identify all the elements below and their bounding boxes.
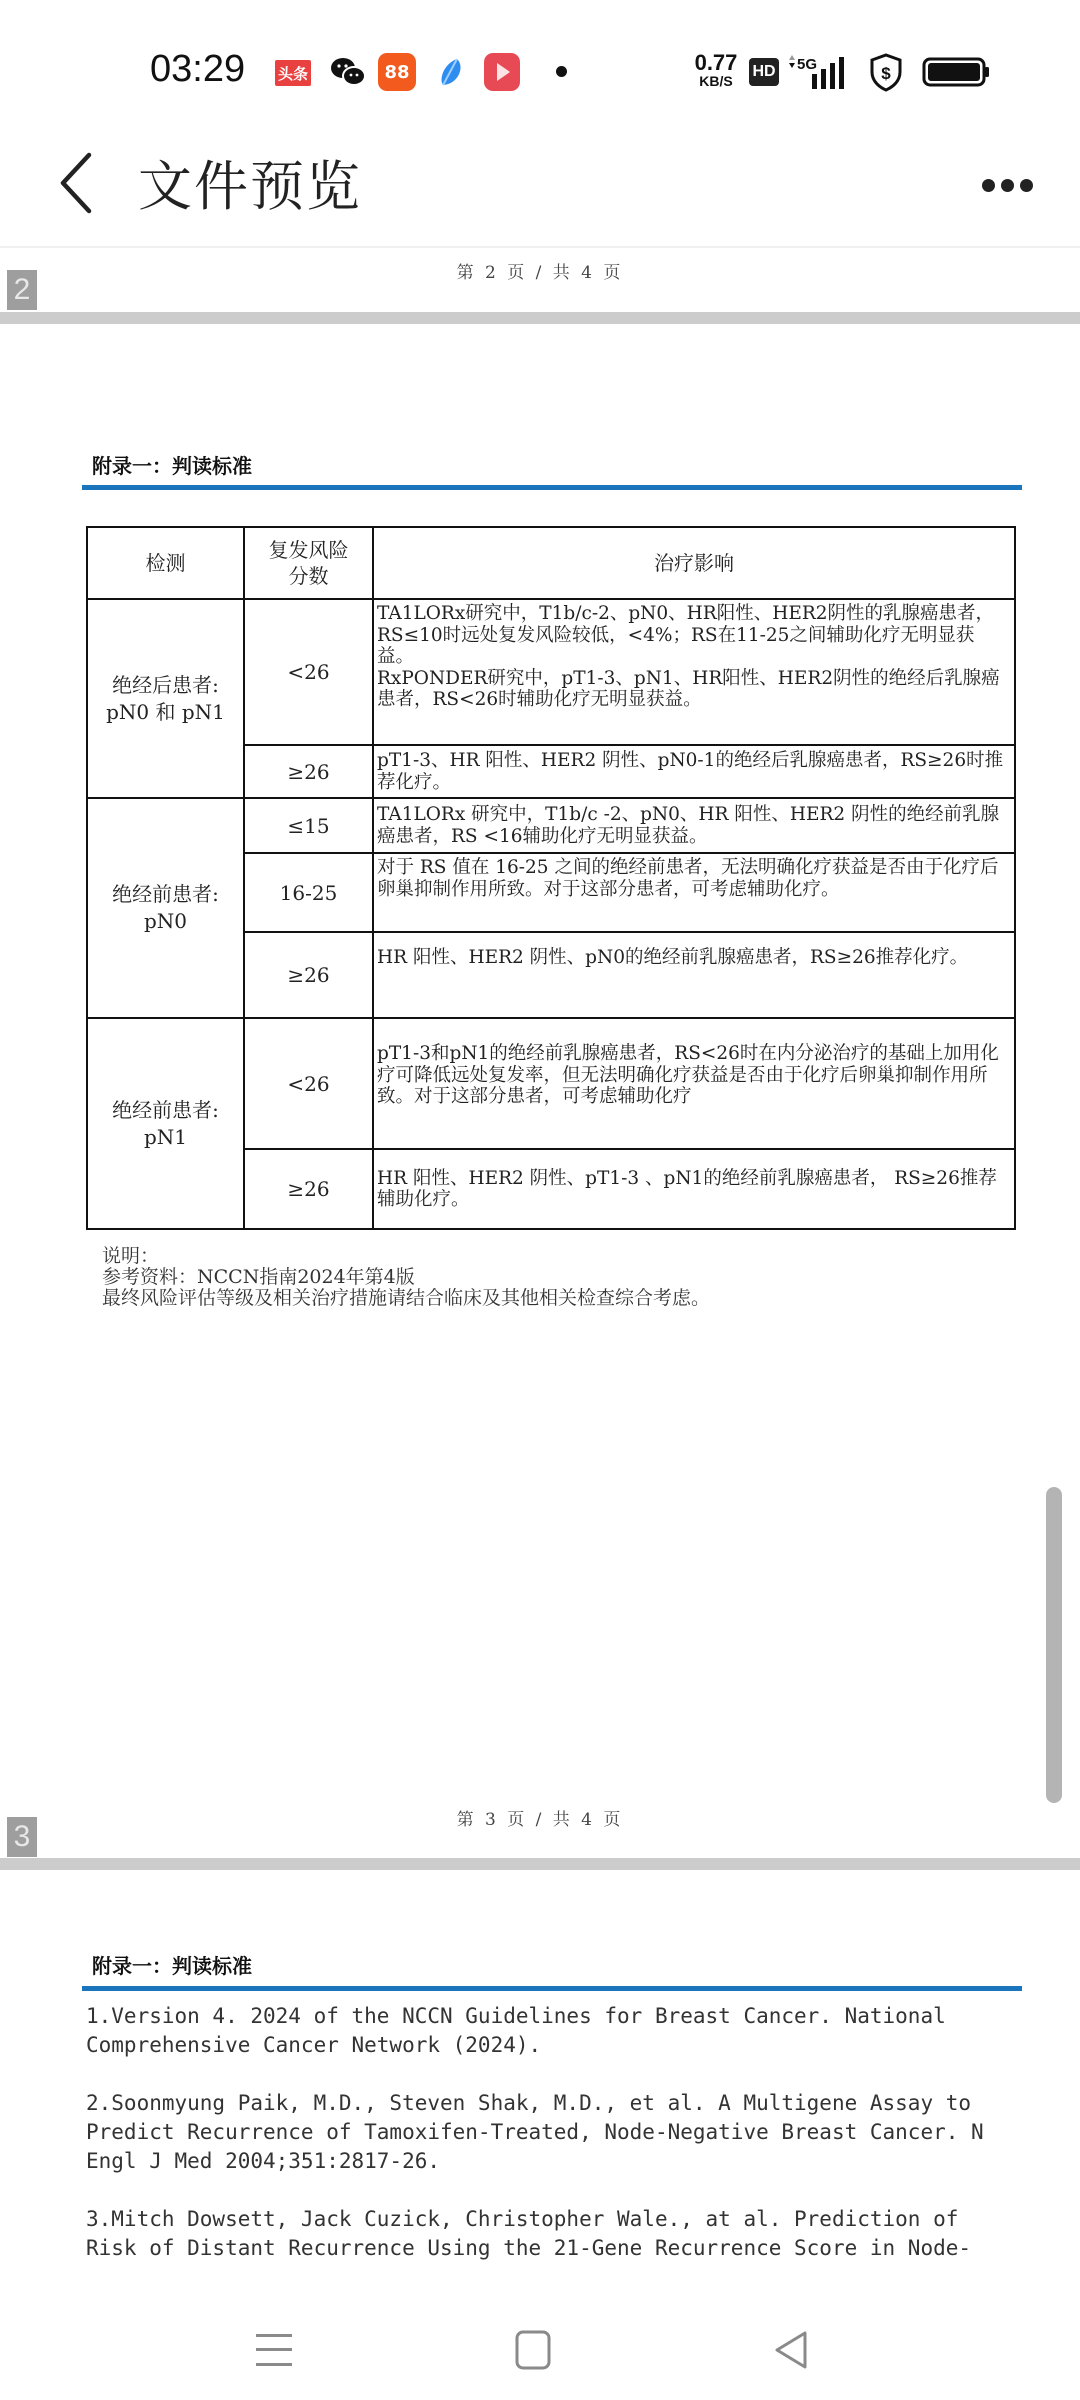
page-title: 文件预览 [138, 144, 362, 221]
score-cell: <26 [244, 599, 373, 745]
toutiao-notification-icon: 头条 [275, 60, 311, 86]
group-cell: 绝经前患者: pN1 [87, 1018, 244, 1229]
reference-item: 1.Version 4. 2024 of the NCCN Guidelines… [86, 2002, 1016, 2060]
hd-voice-icon: HD [749, 58, 779, 86]
section-heading: 附录一：判读标准 [92, 1950, 252, 1979]
more-options-button[interactable] [972, 160, 1042, 210]
net-speed-value: 0.77 [690, 52, 742, 74]
effect-cell: TA1LORx 研究中，T1b/c -2、pN0、HR 阳性、HER2 阴性的绝… [373, 798, 1015, 853]
app-88-notification-icon: 88 [378, 53, 416, 91]
notes-label: 说明： [102, 1246, 710, 1267]
notes-disclaimer: 最终风险评估等级及相关治疗措施请结合临床及其他相关检查综合考虑。 [102, 1288, 710, 1309]
score-cell: ≥26 [244, 932, 373, 1018]
net-speed-unit: KB/S [690, 74, 742, 88]
page-number-badge: 2 [7, 270, 37, 310]
table-row: 绝经前患者: pN1 <26 pT1-3和pN1的绝经前乳腺癌患者，RS<26时… [87, 1018, 1015, 1149]
group-cell: 绝经后患者: pN0 和 pN1 [87, 599, 244, 798]
effect-text: RxPONDER研究中，pT1-3、pN1、HR阳性、HER2阴性的绝经后乳腺癌… [377, 668, 1010, 711]
group-sublabel: pN1 [88, 1124, 243, 1151]
security-shield-icon: $ [866, 52, 906, 92]
system-back-button[interactable] [751, 2310, 831, 2390]
table-notes: 说明： 参考资料：NCCN指南2024年第4版 最终风险评估等级及相关治疗措施请… [102, 1246, 710, 1309]
effect-cell: pT1-3和pN1的绝经前乳腺癌患者，RS<26时在内分泌治疗的基础上加用化疗可… [373, 1018, 1015, 1149]
app-header: 文件预览 [0, 120, 1080, 248]
score-cell: ≥26 [244, 745, 373, 798]
effect-text: TA1LORx研究中，T1b/c-2、pN0、HR阳性、HER2阴性的乳腺癌患者… [377, 603, 1010, 668]
back-triangle-icon [771, 2330, 811, 2370]
battery-icon [922, 57, 990, 87]
blue-app-notification-icon [433, 54, 467, 90]
group-label: 绝经后患者: [88, 672, 243, 699]
group-label: 绝经前患者: [88, 881, 243, 908]
effect-cell: HR 阳性、HER2 阴性、pT1-3 、pN1的绝经前乳腺癌患者， RS≥26… [373, 1149, 1015, 1229]
page-indicator: 第 2 页 / 共 4 页 [0, 258, 1080, 283]
recent-apps-button[interactable] [234, 2310, 314, 2390]
criteria-table: 检测 复发风险 分数 治疗影响 绝经后患者: pN0 和 pN1 <26 TA1… [86, 526, 1016, 1230]
home-icon [513, 2330, 553, 2370]
score-cell: 16-25 [244, 853, 373, 932]
effect-cell: 对于 RS 值在 16-25 之间的绝经前患者，无法明确化疗获益是否由于化疗后卵… [373, 853, 1015, 932]
table-header-row: 检测 复发风险 分数 治疗影响 [87, 527, 1015, 599]
reference-item: 3.Mitch Dowsett, Jack Cuzick, Christophe… [86, 2205, 1016, 2263]
effect-cell: pT1-3、HR 阳性、HER2 阴性、pN0-1的绝经后乳腺癌患者，RS≥26… [373, 745, 1015, 798]
column-header-test: 检测 [87, 527, 244, 599]
5g-signal-icon: 5G [786, 52, 850, 90]
svg-text:$: $ [881, 64, 891, 83]
video-app-notification-icon [484, 53, 520, 91]
table-row: 绝经前患者: pN0 ≤15 TA1LORx 研究中，T1b/c -2、pN0、… [87, 798, 1015, 853]
clock: 03:29 [150, 48, 245, 91]
network-speed: 0.77 KB/S [690, 52, 742, 88]
page-indicator: 第 3 页 / 共 4 页 [0, 1805, 1080, 1830]
more-dot-icon [982, 179, 995, 192]
heading-rule [82, 1986, 1022, 1991]
table-row: 绝经后患者: pN0 和 pN1 <26 TA1LORx研究中，T1b/c-2、… [87, 599, 1015, 745]
svg-text:5G: 5G [797, 56, 817, 73]
home-button[interactable] [493, 2310, 573, 2390]
page-separator [0, 312, 1080, 324]
heading-rule [82, 485, 1022, 490]
reference-item: 2.Soonmyung Paik, M.D., Steven Shak, M.D… [86, 2089, 1016, 2176]
column-header-risk-score: 复发风险 分数 [244, 527, 373, 599]
group-cell: 绝经前患者: pN0 [87, 798, 244, 1018]
chevron-left-icon [55, 151, 95, 215]
effect-cell: TA1LORx研究中，T1b/c-2、pN0、HR阳性、HER2阴性的乳腺癌患者… [373, 599, 1015, 745]
menu-icon [254, 2330, 294, 2370]
group-label: 绝经前患者: [88, 1097, 243, 1124]
more-dot-icon [1001, 179, 1014, 192]
wechat-notification-icon [328, 54, 368, 90]
score-cell: ≤15 [244, 798, 373, 853]
score-cell: ≥26 [244, 1149, 373, 1229]
vertical-scrollbar-thumb[interactable] [1046, 1487, 1062, 1803]
back-button[interactable] [40, 148, 110, 218]
more-dot-icon [1020, 179, 1033, 192]
effect-cell: HR 阳性、HER2 阴性、pN0的绝经前乳腺癌患者，RS≥26推荐化疗。 [373, 932, 1015, 1018]
status-bar: 03:29 头条 88 0.77 KB/S HD 5G $ [0, 0, 1080, 120]
group-sublabel: pN0 [88, 908, 243, 935]
system-navigation-bar [0, 2280, 1080, 2400]
notes-reference: 参考资料：NCCN指南2024年第4版 [102, 1267, 710, 1288]
more-notifications-dot [556, 66, 567, 77]
document-viewer[interactable]: 第 2 页 / 共 4 页 2 附录一：判读标准 检测 复发风险 分数 治疗影响… [0, 250, 1080, 2280]
page-separator [0, 1858, 1080, 1870]
section-heading: 附录一：判读标准 [92, 450, 252, 479]
score-cell: <26 [244, 1018, 373, 1149]
reference-list: 1.Version 4. 2024 of the NCCN Guidelines… [86, 2002, 1016, 2280]
page-number-badge: 3 [7, 1817, 37, 1857]
group-sublabel: pN0 和 pN1 [88, 699, 243, 726]
column-header-treatment-impact: 治疗影响 [373, 527, 1015, 599]
